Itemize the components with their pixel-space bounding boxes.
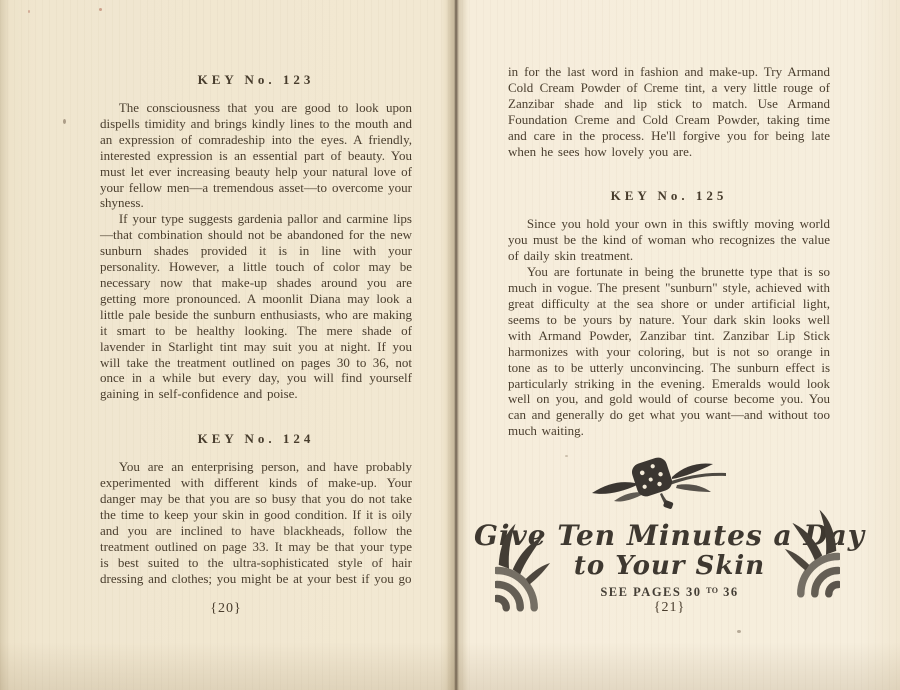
ad-see-pages-to: TO — [706, 586, 718, 595]
page-number-right: {21} — [462, 600, 877, 616]
book-spread: KEY No. 123 The consciousness that you a… — [0, 0, 900, 690]
right-page: in for the last word in fashion and make… — [462, 0, 900, 690]
left-page: KEY No. 123 The consciousness that you a… — [0, 0, 452, 690]
continuation-paragraph: in for the last word in fashion and make… — [508, 64, 830, 159]
left-page-text-column: KEY No. 123 The consciousness that you a… — [100, 72, 412, 586]
corner-rosette-right-icon — [784, 500, 840, 598]
right-page-text-column: in for the last word in fashion and make… — [508, 64, 830, 439]
section-heading-key-125: KEY No. 125 — [508, 188, 830, 204]
section-heading-key-124: KEY No. 124 — [100, 431, 412, 447]
paragraph: The consciousness that you are good to l… — [100, 100, 412, 211]
paragraph: You are an enterprising person, and have… — [100, 459, 412, 586]
paragraph: Since you hold your own in this swiftly … — [508, 216, 830, 264]
paragraph: If your type suggests gardenia pallor an… — [100, 211, 412, 402]
ad-see-pages-suffix: 36 — [719, 585, 739, 599]
paragraph: You are fortunate in being the brunette … — [508, 264, 830, 439]
rose-sprig-icon — [584, 452, 734, 516]
corner-rosette-left-icon — [495, 514, 551, 612]
page-number-left: {20} — [0, 601, 452, 617]
ad-see-pages-prefix: SEE PAGES 30 — [600, 585, 706, 599]
section-heading-key-123: KEY No. 123 — [100, 72, 412, 88]
